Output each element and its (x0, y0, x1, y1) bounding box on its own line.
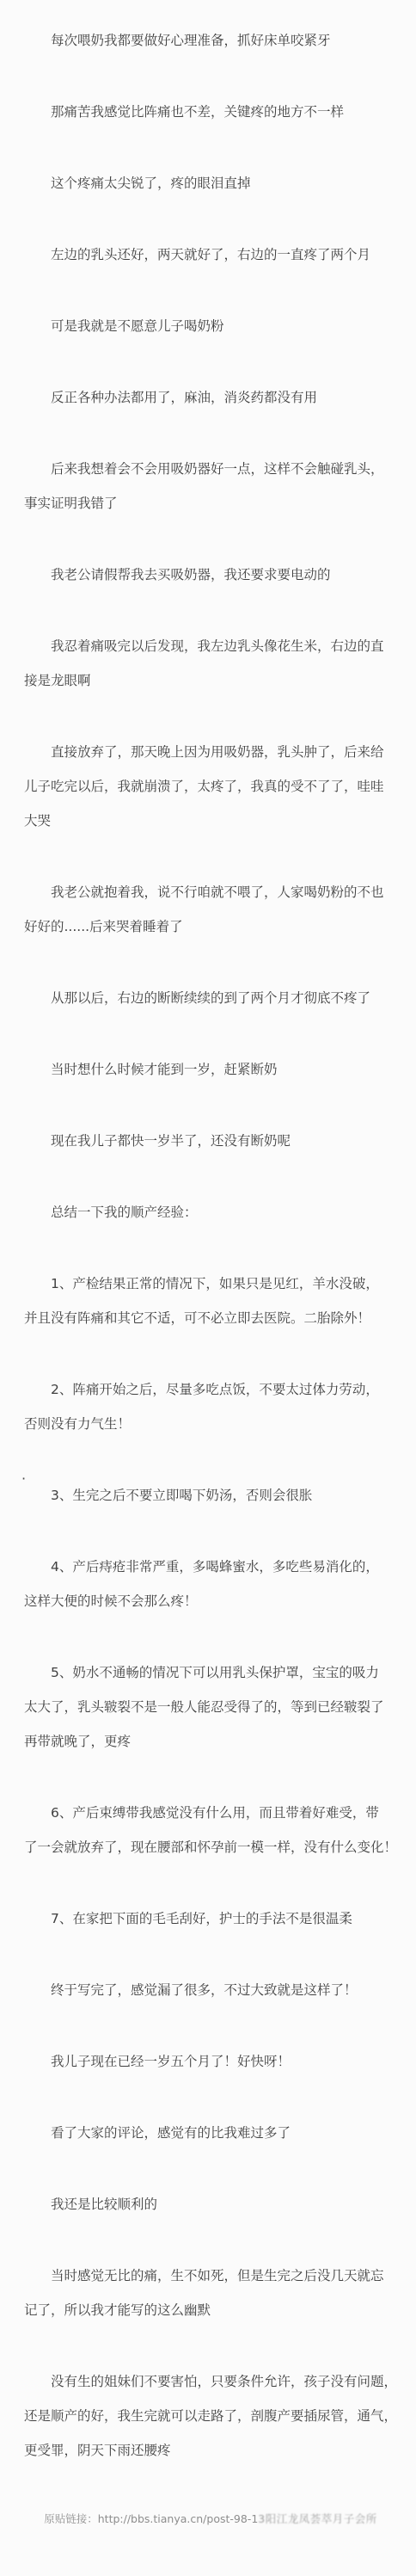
post-paragraph: 可是我就是不愿意儿子喝奶粉 (24, 309, 397, 343)
post-paragraph: 我儿子现在已经一岁五个月了！好快呀！ (24, 2044, 397, 2079)
stray-dot-artifact: · (21, 1475, 26, 1483)
post-paragraph: 我忍着痛吸完以后发现，我左边乳头像花生米，右边的直 接是龙眼啊 (24, 629, 397, 698)
post-tip-6: 6、产后束缚带我感觉没有什么用，而且带着好难受，带 了一会就放弃了，现在腰部和怀… (24, 1796, 397, 1864)
post-paragraph: 现在我儿子都快一岁半了，还没有断奶呢 (24, 1124, 397, 1158)
post-paragraph: 我老公就抱着我，说不行咱就不喂了，人家喝奶粉的不也 好好的......后来哭着睡… (24, 875, 397, 944)
source-link-url: http://bbs.tianya.cn/post-98-1 (98, 2512, 259, 2525)
source-link-label: 原贴链接： (44, 2512, 98, 2525)
post-paragraph: 那痛苦我感觉比阵痛也不差，关键疼的地方不一样 (24, 95, 397, 129)
post-tip-4: 4、产后痔疮非常严重，多喝蜂蜜水，多吃些易消化的， 这样大便的时候不会那么疼！ (24, 1550, 397, 1618)
post-tip-2: 2、阵痛开始之后，尽量多吃点饭，不要太过体力劳动， 否则没有力气生！ (24, 1372, 397, 1441)
post-paragraph: 这个疼痛太尖锐了，疼的眼泪直掉 (24, 166, 397, 200)
post-paragraph: 总结一下我的顺产经验： (24, 1195, 397, 1229)
post-tip-5: 5、奶水不通畅的情况下可以用乳头保护罩，宝宝的吸力 太大了，乳头皲裂不是一般人能… (24, 1655, 397, 1759)
watermark-text: 3阳江龙凤荟萃月子会所 (258, 2512, 376, 2525)
post-screenshot: { "page": { "background": "#fbfbfb", "te… (0, 0, 416, 2576)
post-paragraph: 没有生的姐妹们不要害怕，只要条件允许，孩子没有问题， 还是顺产的好，我生完就可以… (24, 2364, 397, 2468)
post-paragraph: 左边的乳头还好，两天就好了，右边的一直疼了两个月 (24, 237, 397, 272)
post-tip-1: 1、产检结果正常的情况下，如果只是见红，羊水没破， 并且没有阵痛和其它不适，可不… (24, 1266, 397, 1335)
post-paragraph: 当时想什么时候才能到一岁，赶紧断奶 (24, 1052, 397, 1087)
post-paragraph: 从那以后，右边的断断续续的到了两个月才彻底不疼了 (24, 981, 397, 1015)
post-paragraph: 我还是比较顺利的 (24, 2187, 397, 2222)
post-tip-3: 3、生完之后不要立即喝下奶汤，否则会很胀 (24, 1478, 397, 1513)
post-tip-7: 7、在家把下面的毛毛刮好，护士的手法不是很温柔 (24, 1901, 397, 1936)
post-paragraph: 我老公请假帮我去买吸奶器，我还要求要电动的 (24, 558, 397, 592)
post-paragraph: 反正各种办法都用了，麻油，消炎药都没有用 (24, 380, 397, 415)
post-paragraph: 直接放弃了，那天晚上因为用吸奶器，乳头肿了，后来给 儿子吃完以后，我就崩溃了，太… (24, 735, 397, 838)
post-paragraph: 后来我想着会不会用吸奶器好一点，这样不会触碰乳头， 事实证明我错了 (24, 452, 397, 521)
post-paragraph: 看了大家的评论，感觉有的比我难过多了 (24, 2116, 397, 2150)
post-paragraph: 每次喂奶我都要做好心理准备，抓好床单咬紧牙 (24, 23, 397, 58)
source-link-line: 原贴链接：http://bbs.tianya.cn/post-98-13阳江龙凤… (24, 2511, 397, 2528)
post-paragraph: 当时感觉无比的痛，生不如死，但是生完之后没几天就忘 记了，所以我才能写的这么幽默 (24, 2259, 397, 2327)
post-paragraph: 终于写完了，感觉漏了很多，不过大致就是这样了！ (24, 1973, 397, 2007)
post-body: 每次喂奶我都要做好心理准备，抓好床单咬紧牙 那痛苦我感觉比阵痛也不差，关键疼的地… (0, 0, 416, 2528)
